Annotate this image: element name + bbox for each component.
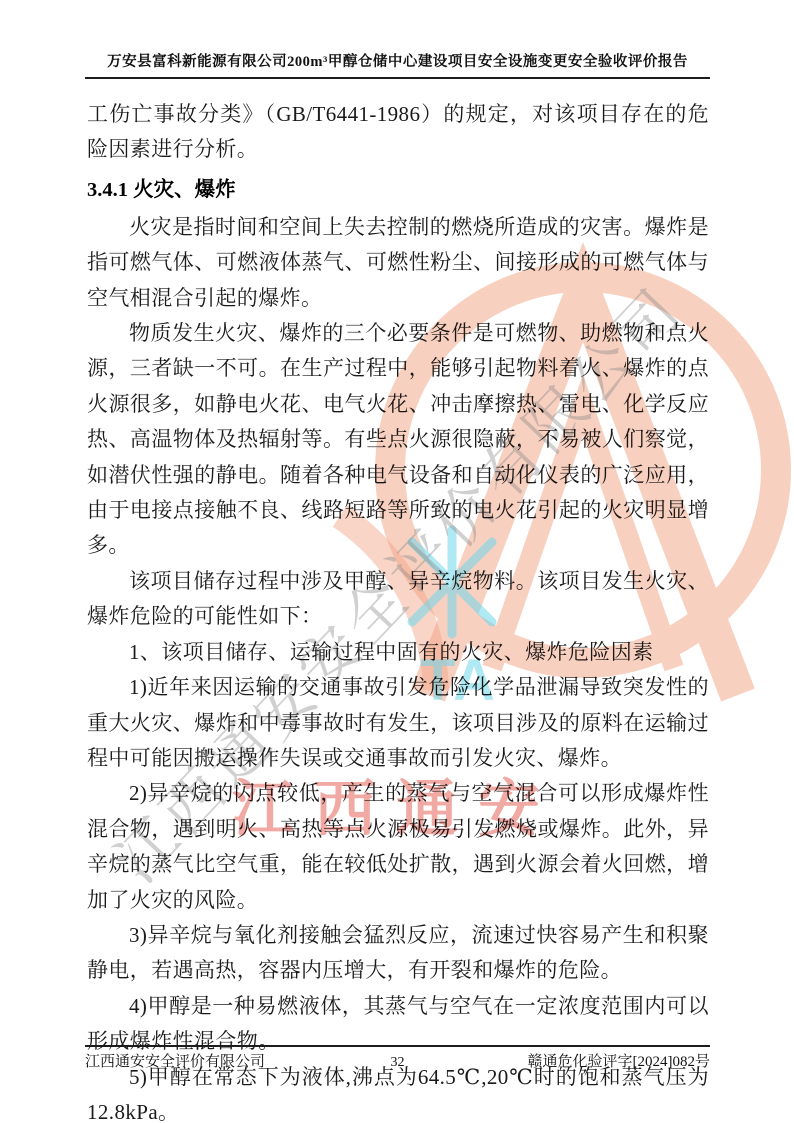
header-rule — [85, 77, 710, 79]
paragraph-intro: 工伤亡事故分类》（GB/T6441-1986）的规定，对该项目存在的危险因素进行… — [87, 97, 709, 168]
paragraph: 1)近年来因运输的交通事故引发危险化学品泄漏导致突发性的重大火灾、爆炸和中毒事故… — [87, 670, 709, 776]
page-header-title: 万安县富科新能源有限公司200m³甲醇仓储中心建设项目安全设施变更安全验收评价报… — [85, 50, 710, 71]
paragraph: 2)异辛烷的闪点较低，产生的蒸气与空气混合可以形成爆炸性混合物，遇到明火、高热等… — [87, 776, 709, 918]
paragraph: 火灾是指时间和空间上失去控制的燃烧所造成的灾害。爆炸是指可燃气体、可燃液体蒸气、… — [87, 210, 709, 316]
paragraph: 物质发生火灾、爆炸的三个必要条件是可燃物、助燃物和点火源，三者缺一不可。在生产过… — [87, 316, 709, 564]
document-body: 工伤亡事故分类》（GB/T6441-1986）的规定，对该项目存在的危险因素进行… — [87, 97, 709, 1123]
paragraph: 4)甲醇是一种易燃液体，其蒸气与空气在一定浓度范围内可以形成爆炸性混合物。 — [87, 989, 709, 1060]
paragraph: 5)甲醇在常态下为液体,沸点为64.5℃,20℃时的饱和蒸气压为12.8kPa。 — [87, 1060, 709, 1123]
paragraph: 3)异辛烷与氧化剂接触会猛烈反应，流速过快容易产生和积聚静电，若遇高热，容器内压… — [87, 918, 709, 989]
report-page: 万安县富科新能源有限公司200m³甲醇仓储中心建设项目安全设施变更安全验收评价报… — [0, 0, 794, 1123]
paragraph: 1、该项目储存、运输过程中固有的火灾、爆炸危险因素 — [87, 635, 709, 670]
section-heading: 3.4.1 火灾、爆炸 — [87, 173, 709, 207]
paragraph: 该项目储存过程中涉及甲醇、异辛烷物料。该项目发生火灾、爆炸危险的可能性如下： — [87, 564, 709, 635]
